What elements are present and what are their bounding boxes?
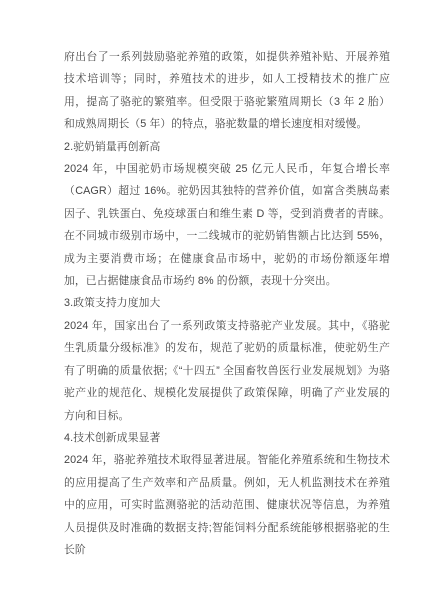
- paragraph-tech-innovation: 2024 年，骆驼养殖技术取得显著进展。智能化养殖系统和生物技术的应用提高了生产…: [64, 449, 390, 561]
- paragraph-camel-breeding-policy: 府出台了一系列鼓励骆驼养殖的政策，如提供养殖补贴、开展养殖技术培训等；同时，养殖…: [64, 46, 390, 136]
- section-heading-milk-sales: 2.驼奶销量再创新高: [64, 136, 390, 158]
- paragraph-policy-support: 2024 年，国家出台了一系列政策支持骆驼产业发展。其中，《骆驼生乳质量分级标准…: [64, 315, 390, 427]
- section-heading-tech-innovation: 4.技术创新成果显著: [64, 427, 390, 449]
- document-page: 府出台了一系列鼓励骆驼养殖的政策，如提供养殖补贴、开展养殖技术培训等；同时，养殖…: [64, 46, 390, 561]
- paragraph-milk-market: 2024 年，中国驼奶市场规模突破 25 亿元人民币，年复合增长率（CAGR）超…: [64, 158, 390, 292]
- section-heading-policy-support: 3.政策支持力度加大: [64, 292, 390, 314]
